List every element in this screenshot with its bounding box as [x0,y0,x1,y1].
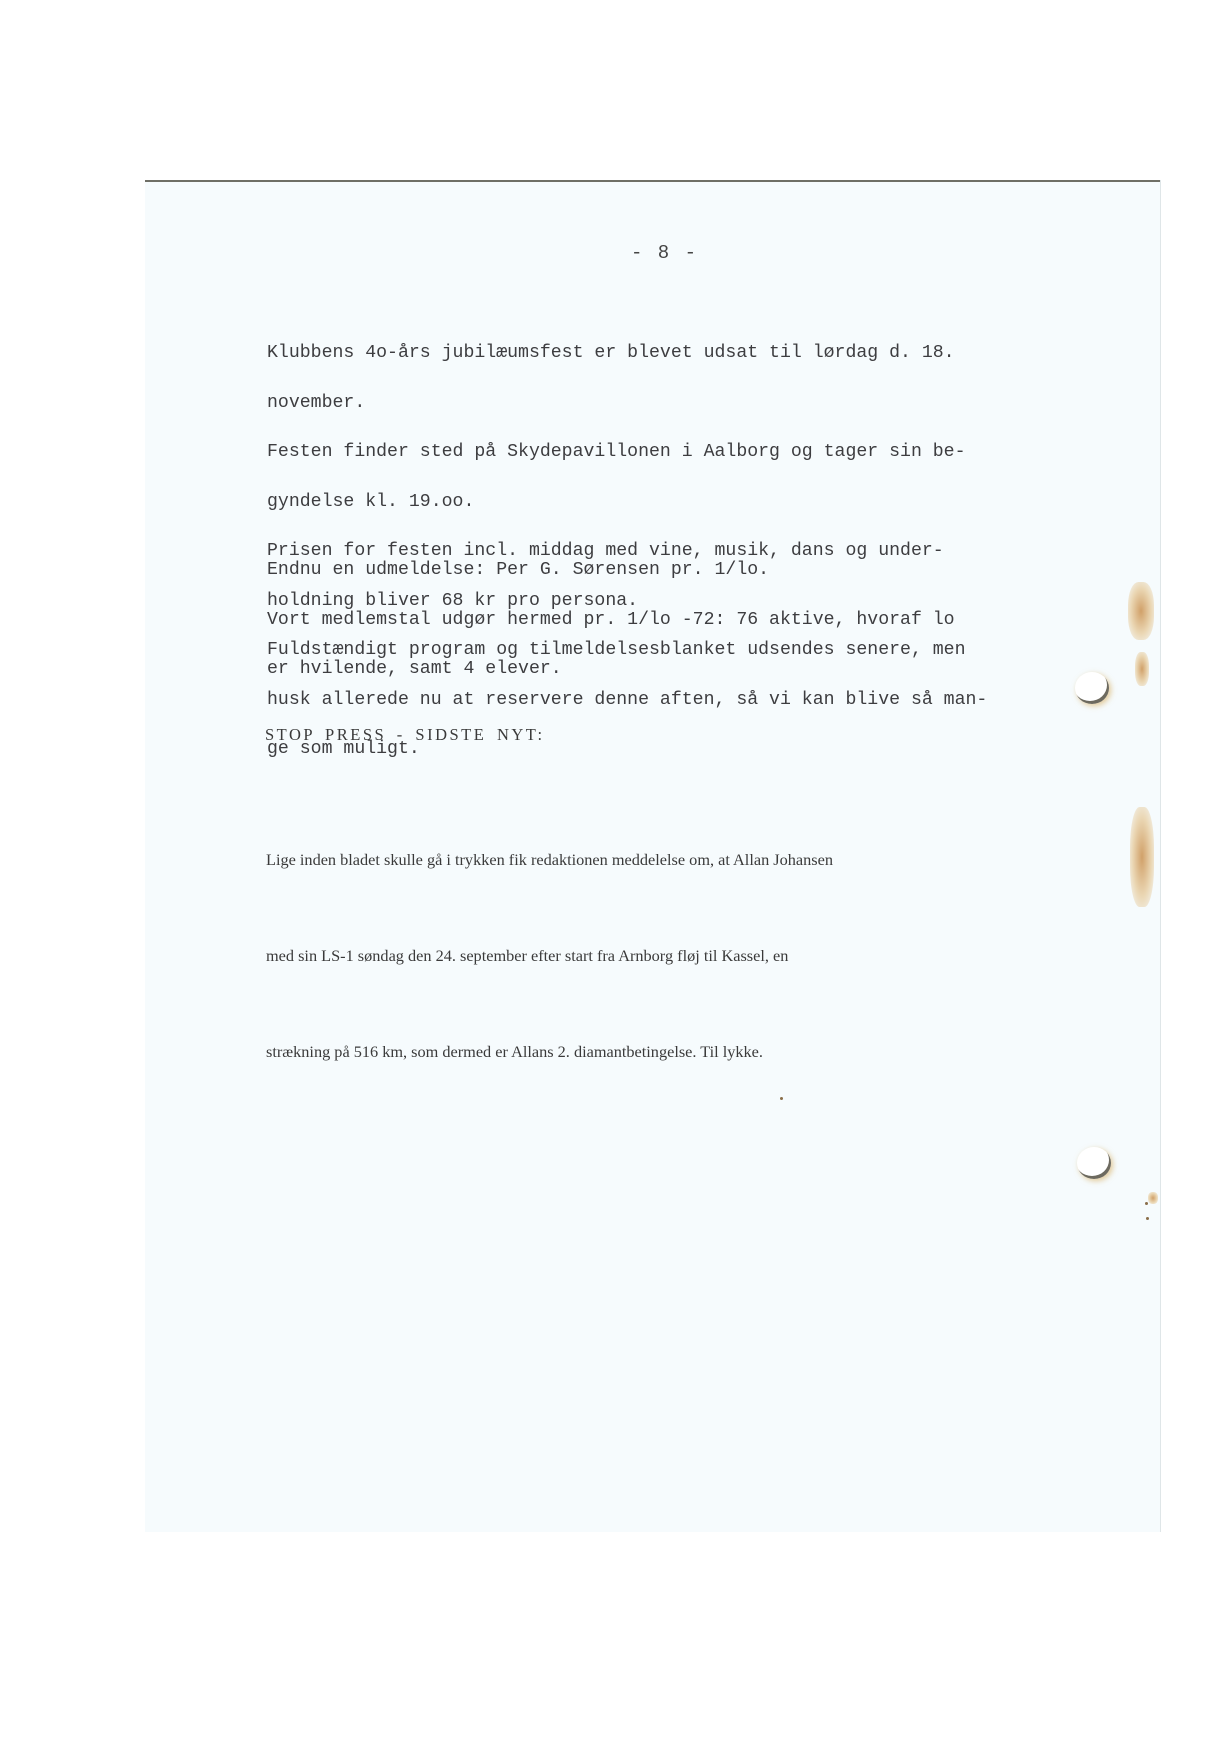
stop-press-heading: STOP PRESS - SIDSTE NYT: [265,725,545,745]
text-line: er hvilende, samt 4 elever. [267,661,955,678]
text-line: strækning på 516 km, som dermed er Allan… [266,1036,833,1068]
rust-stain [1135,652,1149,686]
text-line: med sin LS-1 søndag den 24. september ef… [266,940,833,972]
stop-press-body: Lige inden bladet skulle gå i trykken fi… [266,780,833,1132]
document-page: - 8 - Klubbens 4o-års jubilæumsfest er b… [145,180,1160,1532]
text-line: gyndelse kl. 19.oo. [267,494,987,511]
punch-hole-icon [1077,1147,1111,1179]
speck [780,1097,783,1100]
page-number: - 8 - [145,242,1160,264]
text-line: november. [267,395,987,412]
rust-stain [1148,1192,1158,1204]
text-line: Vort medlemstal udgør hermed pr. 1/lo -7… [267,612,955,629]
text-line: Lige inden bladet skulle gå i trykken fi… [266,844,833,876]
text-line: Klubbens 4o-års jubilæumsfest er blevet … [267,345,987,362]
text-line: Endnu en udmeldelse: Per G. Sørensen pr.… [267,562,955,579]
membership-notice: Endnu en udmeldelse: Per G. Sørensen pr.… [267,529,955,711]
rust-stain [1128,582,1154,640]
speck [1146,1217,1149,1220]
speck [1145,1202,1148,1205]
text-line: Festen finder sted på Skydepavillonen i … [267,444,987,461]
rust-stain [1130,807,1154,907]
punch-hole-icon [1075,672,1109,704]
